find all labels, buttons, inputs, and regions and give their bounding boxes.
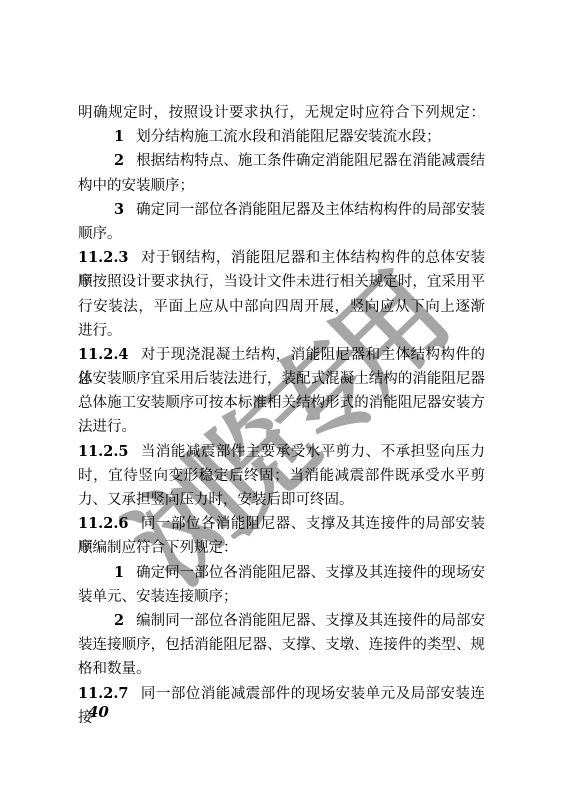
line-text: 进行。 xyxy=(78,323,122,339)
line-text: 序按照设计要求执行，当设计文件未进行相关规定时，宜采用平 xyxy=(78,274,485,290)
line-text: 行安装法，平面上应从中部向四周开展，竖向应从下向上逐渐 xyxy=(78,299,485,315)
line-text: 法进行。 xyxy=(78,419,136,435)
item-number: 1 xyxy=(114,128,124,145)
text-line: 装单元、安装连接顺序； xyxy=(78,585,485,609)
document-page: 浏览专用 明确规定时，按照设计要求执行，无规定时应符合下列规定： 1划分结构施工… xyxy=(0,0,561,804)
text-line: 11.2.5当消能减震部件主要承受水平剪力、不承担竖向压力 xyxy=(78,440,485,464)
text-line: 装连接顺序，包括消能阻尼器、支撑、支墩、连接件的类型、规 xyxy=(78,633,485,657)
text-line: 行安装法，平面上应从中部向四周开展，竖向应从下向上逐渐 xyxy=(78,295,485,319)
line-text: 力、又承担竖向压力时，安装后即可终固。 xyxy=(78,492,354,508)
section-number: 11.2.7 xyxy=(78,685,128,702)
text-line: 3确定同一部位各消能阻尼器及主体结构构件的局部安装 xyxy=(78,198,485,222)
item-number: 2 xyxy=(114,152,124,169)
line-text: 划分结构施工流水段和消能阻尼器安装流水段； xyxy=(136,129,441,145)
text-line: 2根据结构特点、施工条件确定消能阻尼器在消能减震结 xyxy=(78,149,485,173)
line-text: 格和数量。 xyxy=(78,661,151,677)
item-number: 1 xyxy=(114,564,124,581)
text-line: 顺序。 xyxy=(78,222,485,246)
text-line: 1划分结构施工流水段和消能阻尼器安装流水段； xyxy=(78,125,485,149)
text-line: 11.2.7同一部位消能减震部件的现场安装单元及局部安装连接 xyxy=(78,682,485,706)
section-number: 11.2.3 xyxy=(78,249,128,266)
line-text: 总体施工安装顺序可按本标准相关结构形式的消能阻尼器安装方 xyxy=(78,395,485,411)
text-line: 2编制同一部位各消能阻尼器、支撑及其连接件的局部安 xyxy=(78,609,485,633)
text-line: 体安装顺序宜采用后装法进行，装配式混凝土结构的消能阻尼器 xyxy=(78,367,485,391)
item-number: 2 xyxy=(114,612,124,629)
text-line: 法进行。 xyxy=(78,415,485,439)
line-text: 当消能减震部件主要承受水平剪力、不承担竖向压力 xyxy=(140,444,485,460)
line-text: 顺序。 xyxy=(78,226,122,242)
text-line: 序编制应符合下列规定： xyxy=(78,536,485,560)
section-number: 11.2.6 xyxy=(78,515,128,532)
line-text: 构中的安装顺序； xyxy=(78,178,194,194)
page-body-text: 明确规定时，按照设计要求执行，无规定时应符合下列规定： 1划分结构施工流水段和消… xyxy=(78,101,485,706)
text-line: 进行。 xyxy=(78,319,485,343)
text-line: 格和数量。 xyxy=(78,657,485,681)
page-number: 40 xyxy=(88,703,109,721)
text-line: 总体施工安装顺序可按本标准相关结构形式的消能阻尼器安装方 xyxy=(78,391,485,415)
line-text: 编制同一部位各消能阻尼器、支撑及其连接件的局部安 xyxy=(136,613,485,629)
text-line: 构中的安装顺序； xyxy=(78,174,485,198)
text-line: 力、又承担竖向压力时，安装后即可终固。 xyxy=(78,488,485,512)
line-text: 根据结构特点、施工条件确定消能阻尼器在消能减震结 xyxy=(136,153,485,169)
line-text: 序编制应符合下列规定： xyxy=(78,540,238,556)
text-line: 1确定同一部位各消能阻尼器、支撑及其连接件的现场安 xyxy=(78,561,485,585)
text-line: 明确规定时，按照设计要求执行，无规定时应符合下列规定： xyxy=(78,101,485,125)
section-number: 11.2.4 xyxy=(78,346,128,363)
section-number: 11.2.5 xyxy=(78,443,128,460)
line-text: 时，宜待竖向变形稳定后终固；当消能减震部件既承受水平剪 xyxy=(78,468,485,484)
text-line: 11.2.6同一部位各消能阻尼器、支撑及其连接件的局部安装顺 xyxy=(78,512,485,536)
line-text: 确定同一部位各消能阻尼器、支撑及其连接件的现场安 xyxy=(136,565,485,581)
line-text: 装连接顺序，包括消能阻尼器、支撑、支墩、连接件的类型、规 xyxy=(78,637,485,653)
item-number: 3 xyxy=(114,201,124,218)
text-line: 序按照设计要求执行，当设计文件未进行相关规定时，宜采用平 xyxy=(78,270,485,294)
text-line: 时，宜待竖向变形稳定后终固；当消能减震部件既承受水平剪 xyxy=(78,464,485,488)
line-text: 确定同一部位各消能阻尼器及主体结构构件的局部安装 xyxy=(136,202,485,218)
line-text: 体安装顺序宜采用后装法进行，装配式混凝土结构的消能阻尼器 xyxy=(78,371,485,387)
line-text: 明确规定时，按照设计要求执行，无规定时应符合下列规定： xyxy=(78,105,485,121)
text-line: 11.2.3对于钢结构，消能阻尼器和主体结构构件的总体安装顺 xyxy=(78,246,485,270)
line-text: 装单元、安装连接顺序； xyxy=(78,589,238,605)
line-text: 同一部位消能减震部件的现场安装单元及局部安装连接 xyxy=(78,686,485,726)
text-line: 11.2.4对于现浇混凝土结构，消能阻尼器和主体结构构件的总 xyxy=(78,343,485,367)
